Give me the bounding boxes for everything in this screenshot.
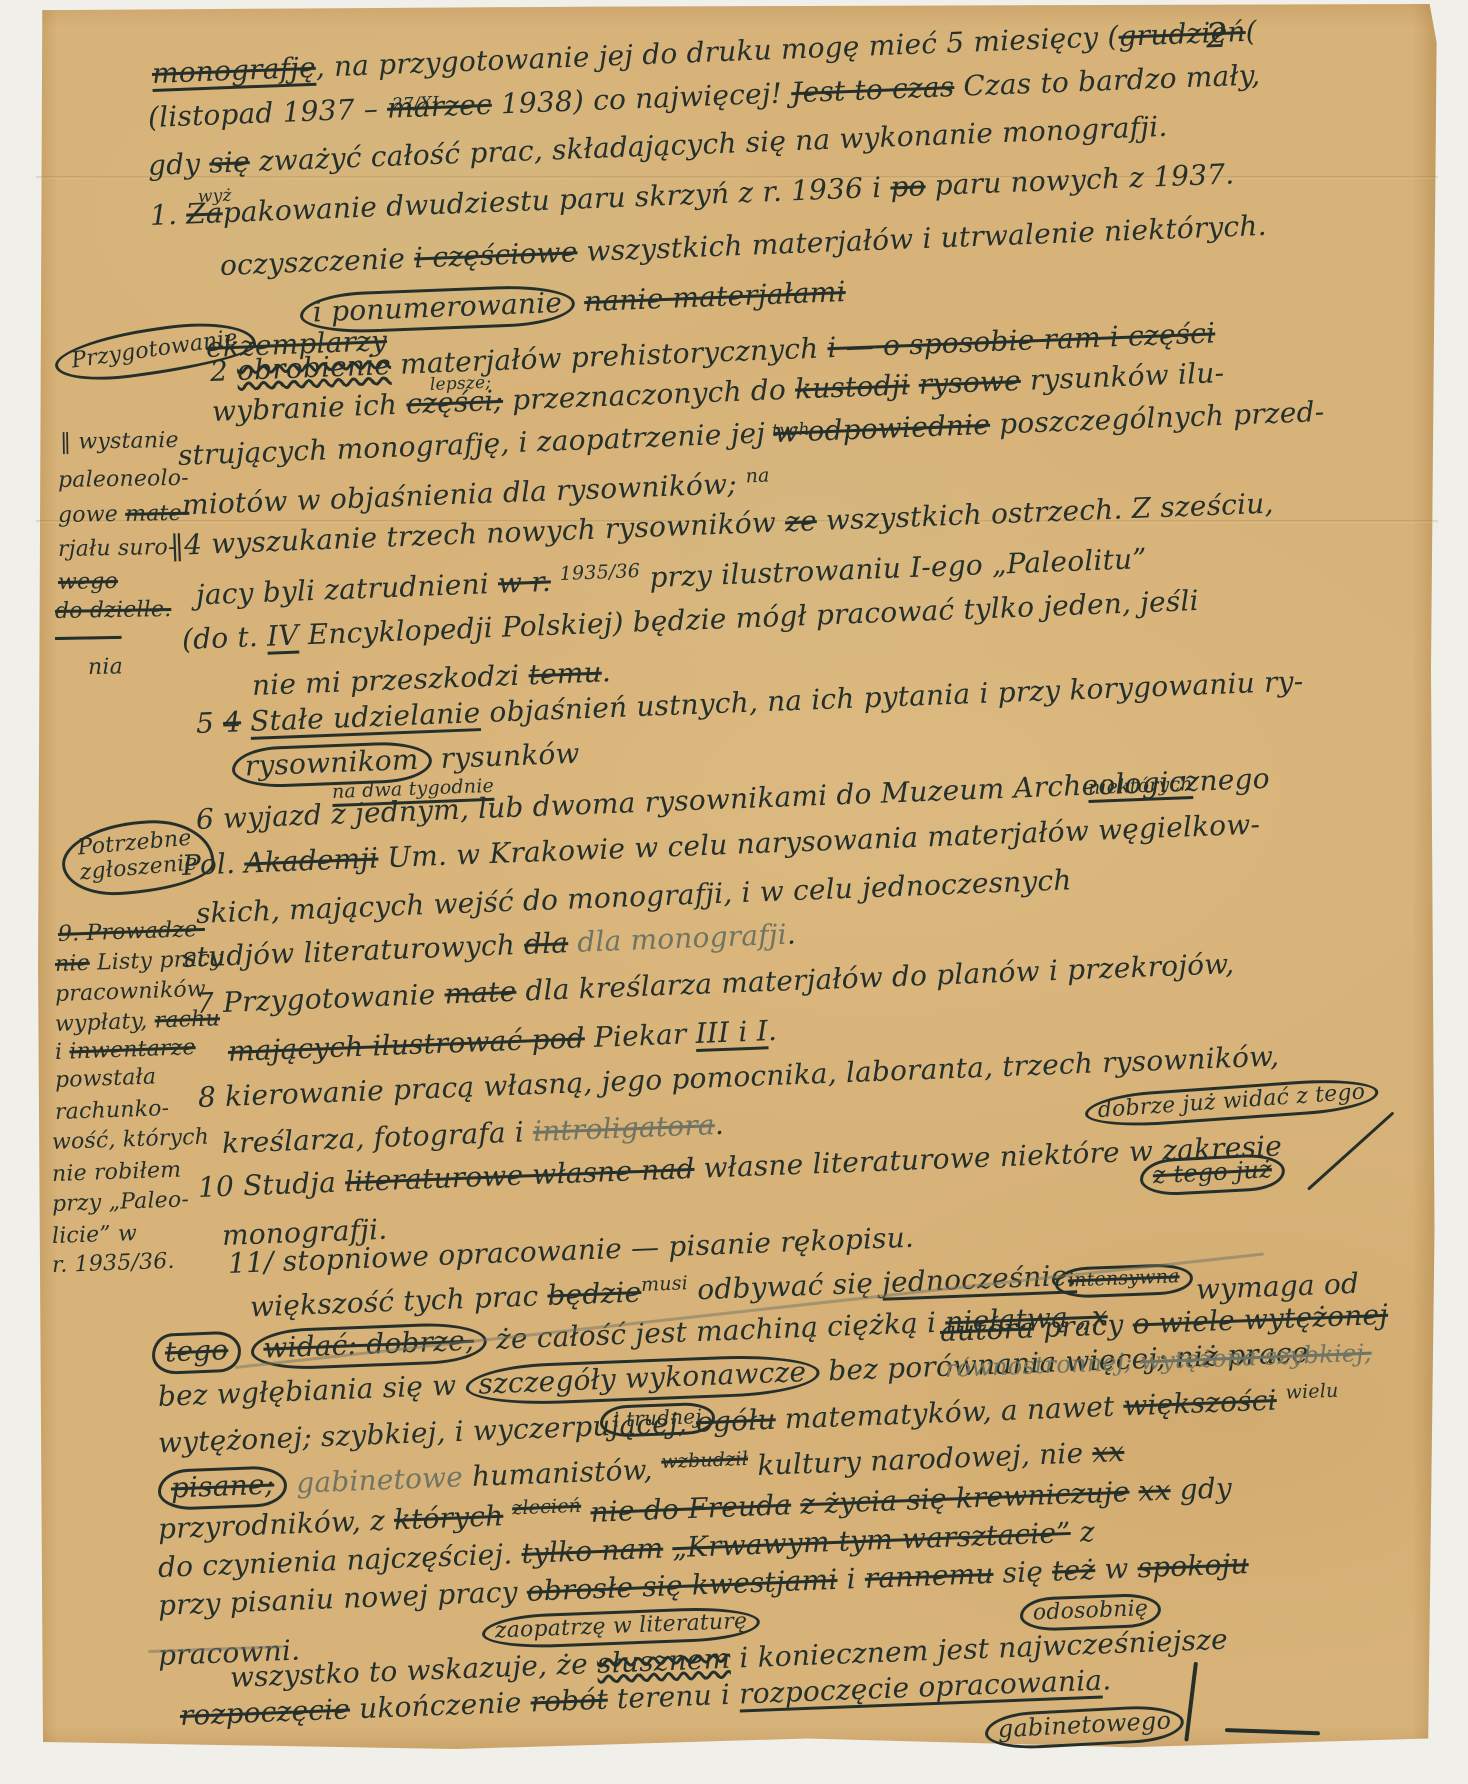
text-segment: pracy (1033, 1308, 1133, 1345)
margin-note-line: powstała (55, 1064, 157, 1093)
text-segment: IV (266, 619, 299, 653)
struck-text: autora (939, 1311, 1034, 1348)
struck-text: rozpoczęcie (179, 1692, 350, 1732)
margin-note-line: nia (88, 654, 123, 680)
struck-text: części; (406, 384, 504, 421)
text-segment: gowe (58, 502, 126, 528)
struck-text: których (393, 1499, 504, 1536)
struck-text: mate (444, 975, 517, 1011)
text-segment: ‖ wystanie (60, 428, 179, 455)
struck-text: nanie materjałami (583, 275, 846, 318)
text-segment: Piekar (584, 1017, 696, 1054)
margin-note-line: rachunko- (55, 1096, 170, 1125)
circled-annotation: z tego już (1139, 1152, 1286, 1196)
struck-text: Za (186, 196, 224, 230)
text-segment: terenu i (607, 1678, 740, 1716)
text-segment: niektórych (1088, 773, 1194, 799)
manuscript-scan: 2 monografję, na przygotowanie jej do dr… (0, 0, 1468, 1784)
text-segment: wielu (1285, 1380, 1339, 1404)
text-segment: humanistów, (462, 1453, 662, 1494)
struck-text: dla (523, 926, 568, 961)
text-segment: ( (1245, 15, 1257, 48)
struck-text: nie (55, 951, 91, 977)
text-segment: 1. (149, 198, 186, 232)
text-segment: przy „Paleo- (52, 1187, 190, 1217)
text-segment: i (55, 1040, 70, 1065)
struck-text: introligatora (532, 1108, 715, 1148)
text-segment: gabinetowe (296, 1460, 464, 1499)
text-segment: nie robiłem (52, 1157, 182, 1186)
text-segment: i (837, 1562, 866, 1596)
struck-text: rysowe (918, 364, 1021, 401)
text-segment: wypłaty, (55, 1009, 156, 1037)
margin-note-line: i inwentarze (55, 1035, 197, 1065)
margin-note-line: nie robiłem (52, 1157, 182, 1187)
struck-text: zlecień (512, 1495, 582, 1520)
struck-text: grudzień (1118, 15, 1246, 53)
struck-text: kustodji (794, 368, 910, 405)
margin-note-line: pracowników (55, 977, 207, 1008)
text-segment: rysunków (431, 737, 580, 776)
struck-text: wzbudził (661, 1448, 749, 1473)
margin-note-line: licie” w (52, 1221, 138, 1249)
margin-note-line: ——— (55, 625, 122, 651)
text-segment: . (601, 655, 611, 688)
struck-text: rachu (154, 1006, 220, 1033)
struck-text: 4 (222, 705, 241, 739)
text-segment: wość, których (52, 1125, 210, 1155)
manuscript-line: z tego już (1139, 1152, 1286, 1196)
text-segment: powstała (55, 1064, 157, 1093)
text-segment: rachunko- (55, 1096, 170, 1125)
text-segment: 10 Studja (197, 1165, 345, 1204)
margin-bubble-annotation: Potrzebne zgłoszenie (59, 815, 217, 900)
text-segment: z (1070, 1515, 1095, 1549)
text-segment: pracowników (55, 977, 207, 1007)
struck-text: do dzielle. (55, 597, 172, 624)
text-segment: musi (641, 1272, 689, 1296)
margin-note-line: 9. Prowadze- (58, 917, 206, 947)
margin-note-line: przy „Paleo- (52, 1187, 190, 1217)
struck-text: ——— (55, 625, 122, 651)
struck-text: w r. (497, 565, 551, 600)
struck-text: Jest to czas (791, 70, 955, 109)
margin-note-line: rjału suro- (58, 535, 176, 562)
text-segment: gdy (1170, 1471, 1233, 1506)
struck-text: temu (528, 656, 602, 692)
manuscript-line: niektórych (1088, 774, 1194, 800)
text-segment: 5 (195, 706, 223, 740)
struck-text: Akademji (244, 841, 379, 879)
struck-text: robót (530, 1683, 608, 1719)
text-segment: r. 1935/36. (52, 1249, 175, 1278)
text-segment: . (767, 1014, 777, 1047)
struck-text: wego (58, 569, 118, 595)
struck-text: będzie (547, 1275, 642, 1312)
text-segment: rjału suro- (58, 535, 176, 562)
margin-note-line: r. 1935/36. (52, 1249, 175, 1279)
struck-text: inwentarze (69, 1035, 196, 1064)
text-segment: Listy pracy (89, 946, 223, 976)
text-segment: na (745, 464, 770, 487)
text-segment: licie” w (52, 1221, 138, 1249)
struck-text: marzec (386, 88, 492, 125)
text-segment: (do t. (181, 620, 267, 656)
struck-text: xx (1092, 1435, 1125, 1469)
struck-text: i częściowe (413, 235, 578, 274)
margin-annotation-bubble: Potrzebne zgłoszenie (59, 815, 215, 899)
text-segment: słusznem (596, 1642, 731, 1680)
margin-note-line: wego (58, 569, 118, 595)
struck-text: 9. Prowadze- (58, 917, 206, 947)
text-segment: gdy (147, 147, 210, 182)
text-segment: nia (88, 654, 123, 680)
struck-text: spokoju (1137, 1547, 1249, 1584)
struck-text: rannemu (864, 1557, 994, 1595)
text-segment: paleoneolo- (58, 466, 189, 493)
text-segment: . (1102, 1663, 1112, 1696)
struck-text: mate- (125, 501, 190, 527)
margin-note-line: ‖ wystanie (60, 428, 179, 455)
margin-note-line: gowe mate- (58, 501, 190, 529)
circled-annotation: pisane; (157, 1465, 288, 1511)
struck-text: też (1051, 1553, 1095, 1588)
text-segment: obrobienie (236, 348, 391, 387)
struck-text: ogółu (695, 1403, 776, 1439)
struck-text: po (890, 169, 926, 203)
circled-annotation: tego (151, 1331, 242, 1376)
struck-text: monografję (151, 51, 316, 90)
text-segment: 1935/36 (559, 560, 640, 585)
text-segment: . (714, 1108, 724, 1141)
text-segment: . (786, 917, 796, 950)
text-segment: ukończenie (349, 1686, 531, 1726)
struck-text: się (209, 145, 251, 180)
margin-note-line: paleoneolo- (58, 466, 189, 494)
struck-text: ze (784, 504, 817, 538)
text-segment: III i I (695, 1014, 769, 1050)
struck-text: tylko nam (521, 1532, 664, 1570)
margin-note-line: do dzielle. (55, 597, 172, 624)
struck-text: xx (1138, 1474, 1171, 1508)
text-segment (241, 1332, 251, 1365)
text-segment: w (1095, 1551, 1139, 1586)
text-segment: się (993, 1555, 1053, 1590)
struck-text: większości (1123, 1384, 1278, 1423)
